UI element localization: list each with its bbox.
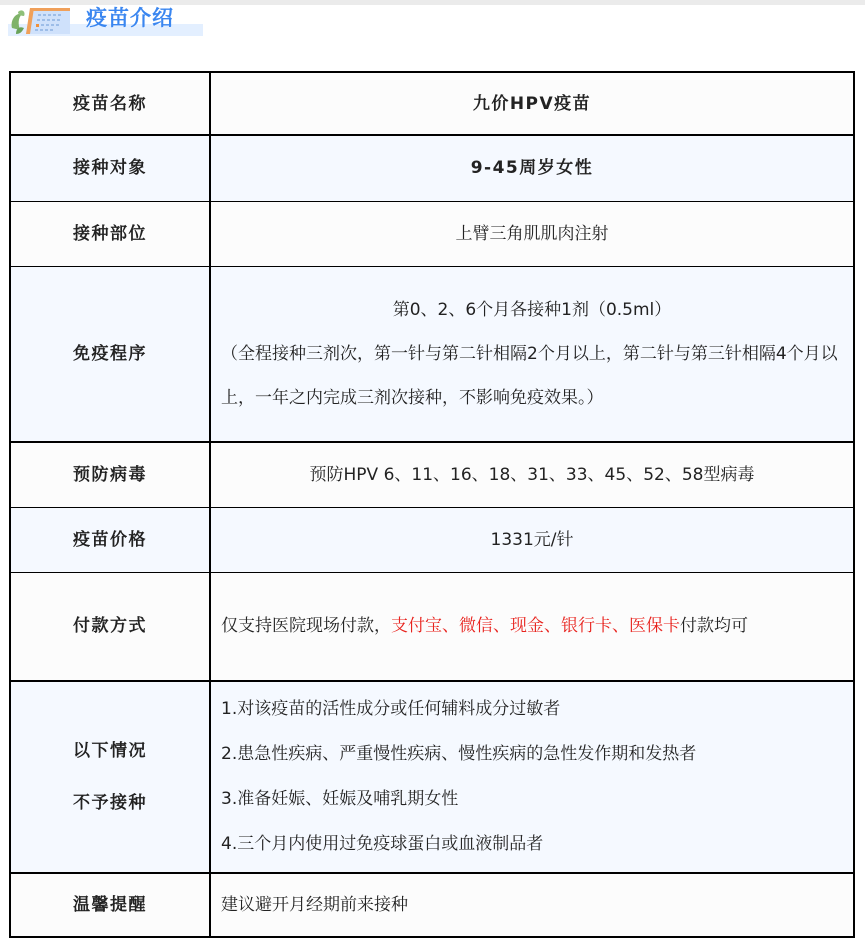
row-label: 疫苗价格 xyxy=(10,507,210,572)
list-item: 4.三个月内使用过免疫球蛋白或血液制品者 xyxy=(221,822,843,867)
schedule-line-2: （全程接种三剂次，第一针与第二针相隔2个月以上，第二针与第三针相隔4个月以上，一… xyxy=(221,332,843,420)
table-row-payment: 付款方式 仅支持医院现场付款，支付宝、微信、现金、银行卡、医保卡付款均可 xyxy=(10,572,854,681)
prevented-viruses-value: 预防HPV 6、11、16、18、31、33、45、52、58型病毒 xyxy=(210,442,854,507)
table-row-target-group: 接种对象 9-45周岁女性 xyxy=(10,135,854,201)
calendar-icon xyxy=(8,4,70,36)
payment-prefix: 仅支持医院现场付款， xyxy=(221,616,391,636)
price-value: 1331元/针 xyxy=(210,507,854,572)
list-item: 3.准备妊娠、妊娠及哺乳期女性 xyxy=(221,777,843,822)
list-item: 2.患急性疾病、严重慢性疾病、慢性疾病的急性发作期和发热者 xyxy=(221,732,843,777)
injection-site-value: 上臂三角肌肌肉注射 xyxy=(210,201,854,266)
row-label: 免疫程序 xyxy=(10,266,210,442)
table-row-schedule: 免疫程序 第0、2、6个月各接种1剂（0.5ml） （全程接种三剂次，第一针与第… xyxy=(10,266,854,442)
section-title: 疫苗介绍 xyxy=(86,4,174,32)
row-label: 温馨提醒 xyxy=(10,873,210,937)
table-row-vaccine-name: 疫苗名称 九价HPV疫苗 xyxy=(10,72,854,135)
table-row-prevented-viruses: 预防病毒 预防HPV 6、11、16、18、31、33、45、52、58型病毒 xyxy=(10,442,854,507)
row-label: 疫苗名称 xyxy=(10,72,210,135)
reminder-value: 建议避开月经期前来接种 xyxy=(210,873,854,937)
target-group-value: 9-45周岁女性 xyxy=(210,135,854,201)
row-label: 以下情况 不予接种 xyxy=(10,681,210,873)
row-label: 接种对象 xyxy=(10,135,210,201)
row-label-line-2: 不予接种 xyxy=(21,777,199,829)
vaccine-info-table: 疫苗名称 九价HPV疫苗 接种对象 9-45周岁女性 接种部位 上臂三角肌肌肉注… xyxy=(9,71,855,938)
table-row-injection-site: 接种部位 上臂三角肌肌肉注射 xyxy=(10,201,854,266)
row-label-line-1: 以下情况 xyxy=(21,725,199,777)
payment-suffix: 付款均可 xyxy=(680,616,748,636)
row-label: 预防病毒 xyxy=(10,442,210,507)
table-row-price: 疫苗价格 1331元/针 xyxy=(10,507,854,572)
row-label: 付款方式 xyxy=(10,572,210,681)
table-row-reminder: 温馨提醒 建议避开月经期前来接种 xyxy=(10,873,854,937)
payment-value: 仅支持医院现场付款，支付宝、微信、现金、银行卡、医保卡付款均可 xyxy=(210,572,854,681)
section-header: 疫苗介绍 xyxy=(8,4,203,36)
schedule-line-1: 第0、2、6个月各接种1剂（0.5ml） xyxy=(221,288,843,332)
table-row-contraindications: 以下情况 不予接种 1.对该疫苗的活性成分或任何辅料成分过敏者 2.患急性疾病、… xyxy=(10,681,854,873)
schedule-value: 第0、2、6个月各接种1剂（0.5ml） （全程接种三剂次，第一针与第二针相隔2… xyxy=(210,266,854,442)
payment-methods-highlight: 支付宝、微信、现金、银行卡、医保卡 xyxy=(391,616,680,636)
contraindications-list: 1.对该疫苗的活性成分或任何辅料成分过敏者 2.患急性疾病、严重慢性疾病、慢性疾… xyxy=(210,681,854,873)
vaccine-name-value: 九价HPV疫苗 xyxy=(210,72,854,135)
row-label: 接种部位 xyxy=(10,201,210,266)
list-item: 1.对该疫苗的活性成分或任何辅料成分过敏者 xyxy=(221,687,843,732)
